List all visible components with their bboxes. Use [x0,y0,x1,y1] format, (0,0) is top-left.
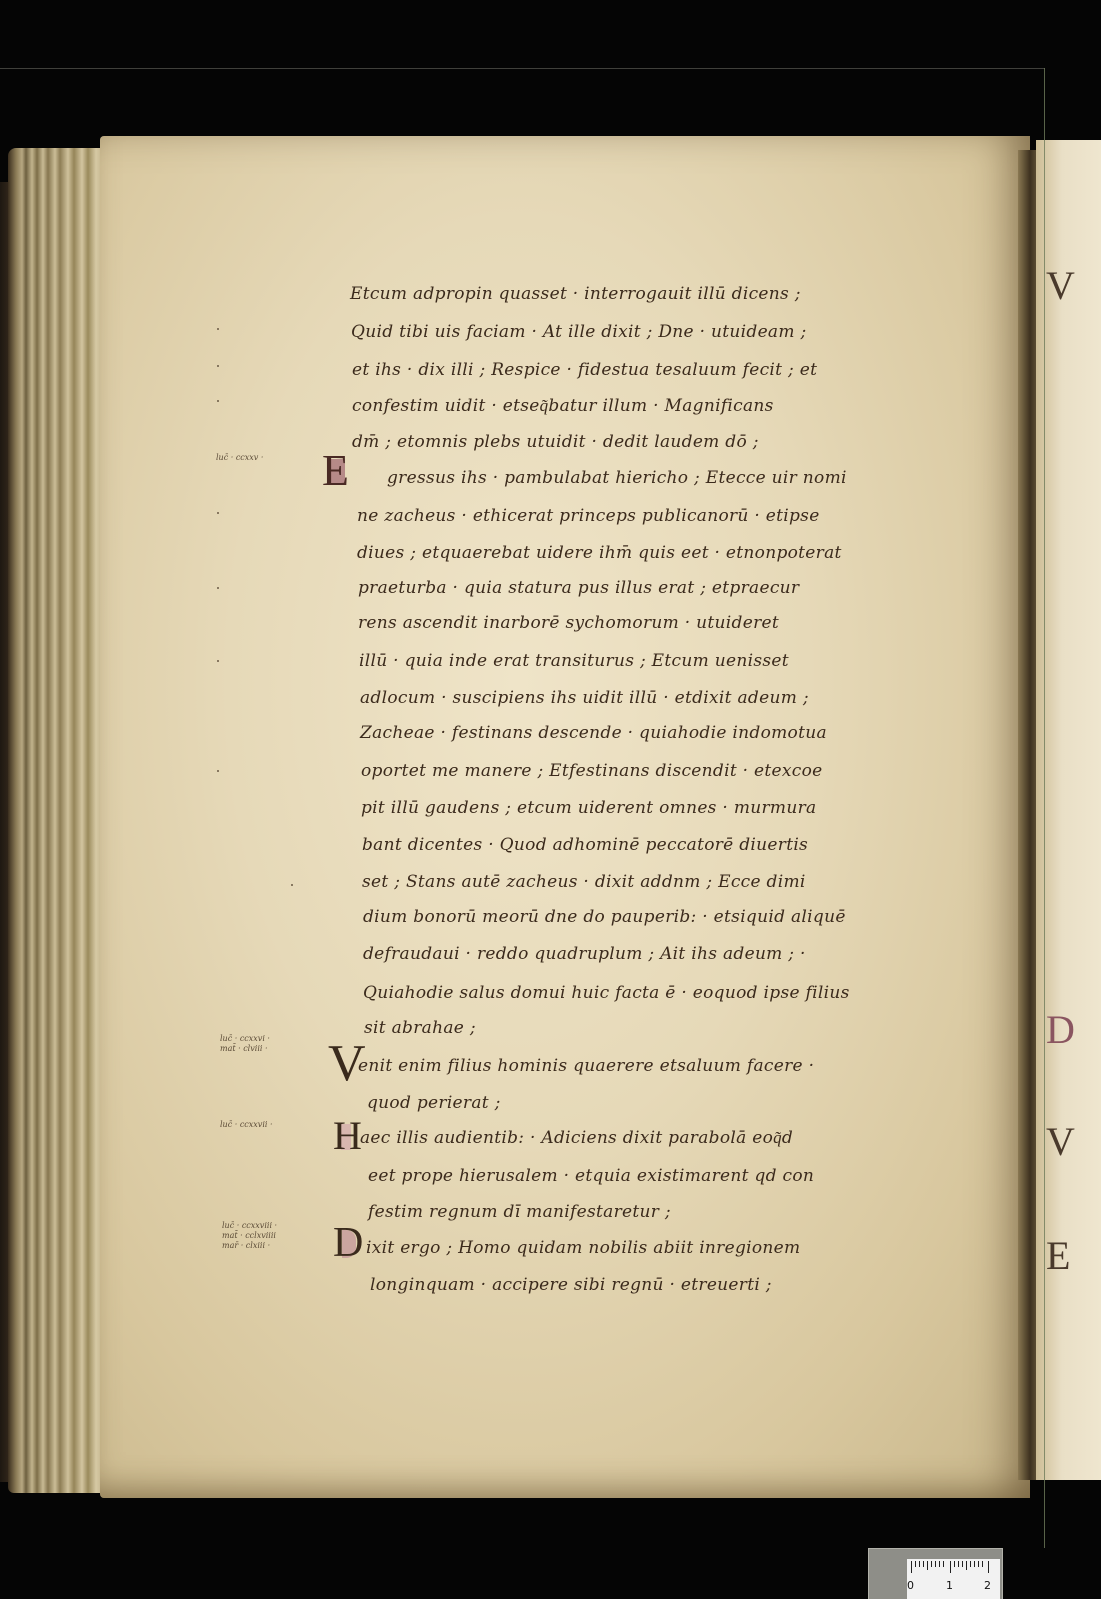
text-line: set ; Stans autē zacheus · dixit addnm ;… [362,872,806,892]
pricking-mark [217,400,219,402]
initial-D: D [333,1222,363,1264]
pricking-mark [217,512,219,514]
text-line: Quid tibi uis faciam · At ille dixit ; D… [351,322,807,342]
text-line: ne zacheus · ethicerat princeps publican… [357,506,820,526]
initial-H: H [333,1116,362,1156]
text-line: confestim uidit · etseq͂batur illum · Ma… [352,396,774,416]
text-line: quod perierat ; [367,1093,501,1113]
text-line: ixit ergo ; Homo quidam nobilis abiit in… [366,1238,800,1258]
margin-note-line: luc̄ · ccxxviii · [222,1221,277,1231]
glass-plate-edge [0,68,1045,69]
scale-label: 0 [907,1579,914,1592]
text-line: sit abrahae ; [364,1018,476,1038]
pricking-mark [217,660,219,662]
text-line: aec illis audientib: · Adiciens dixit pa… [360,1128,793,1148]
initial-E: E [322,449,349,493]
right-initial: D [1046,1006,1075,1053]
text-line: diues ; etquaerebat uidere ihm̄ quis eet… [357,543,842,563]
text-line: bant dicentes · Quod adhominē peccatorē … [362,835,808,855]
margin-note-line: mar̄ · clxiii · [222,1241,277,1251]
pricking-mark [217,587,219,589]
margin-canon-note: luc̄ · ccxxvi · mat̄ · clviii · [220,1034,270,1054]
book-block-edges [8,148,108,1493]
pricking-mark [217,328,219,330]
text-line: dium bonorū meorū dne do pauperib: · ets… [363,907,846,927]
text-line: defraudaui · reddo quadruplum ; Ait ihs … [363,944,806,964]
scale-label: 2 [984,1579,991,1592]
text-line: rens ascendit inarborē sychomorum · utui… [358,613,779,633]
text-line: pit illū gaudens ; etcum uiderent omnes … [361,798,816,818]
margin-note-line: luc̄ · ccxxvi · [220,1034,270,1044]
text-line: gressus ihs · pambulabat hiericho ; Etec… [387,468,847,488]
text-line: Quiahodie salus domui huic facta ē · eoq… [363,983,850,1003]
pricking-mark [291,884,293,886]
text-line: longinquam · accipere sibi regnū · etreu… [370,1275,772,1295]
text-line: adlocum · suscipiens ihs uidit illū · et… [360,688,809,708]
right-initial: E [1046,1232,1070,1279]
scale-bar-card: 0 1 2 [868,1548,1003,1599]
right-initial: V [1046,1118,1075,1165]
text-line: oportet me manere ; Etfestinans discendi… [361,761,823,781]
text-line: Zacheae · festinans descende · quiahodie… [360,723,827,743]
text-line: dm̄ ; etomnis plebs utuidit · dedit laud… [352,432,759,452]
margin-canon-note: luc̄ · ccxxv · [216,453,263,463]
margin-note-line: mat̄ · cclxviiii [222,1231,277,1241]
text-line: Etcum adpropin quasset · interrogauit il… [350,284,801,304]
text-line: praeturba · quia statura pus illus erat … [358,578,799,598]
margin-note-line: luc̄ · ccxxvii · [220,1120,273,1130]
margin-note-line: mat̄ · clviii · [220,1044,270,1054]
margin-canon-note: luc̄ · ccxxviii · mat̄ · cclxviiii mar̄ … [222,1221,277,1251]
pricking-mark [217,770,219,772]
margin-canon-note: luc̄ · ccxxvii · [220,1120,273,1130]
text-line: eet prope hierusalem · etquia existimare… [368,1166,814,1186]
text-line: festim regnum dī manifestaretur ; [368,1202,671,1222]
right-page-initials: V D V E [1046,0,1101,1599]
right-initial: V [1046,262,1075,309]
glass-plate-edge-vertical [1044,68,1045,1548]
text-line: et ihs · dix illi ; Respice · fidestua t… [352,360,817,380]
scale-label: 1 [946,1579,953,1592]
pricking-mark [217,365,219,367]
text-line: illū · quia inde erat transiturus ; Etcu… [359,651,789,671]
margin-note-line: luc̄ · ccxxv · [216,453,263,463]
text-line: enit enim filius hominis quaerere etsalu… [358,1056,814,1076]
scale-ruler: 0 1 2 [907,1559,1000,1599]
